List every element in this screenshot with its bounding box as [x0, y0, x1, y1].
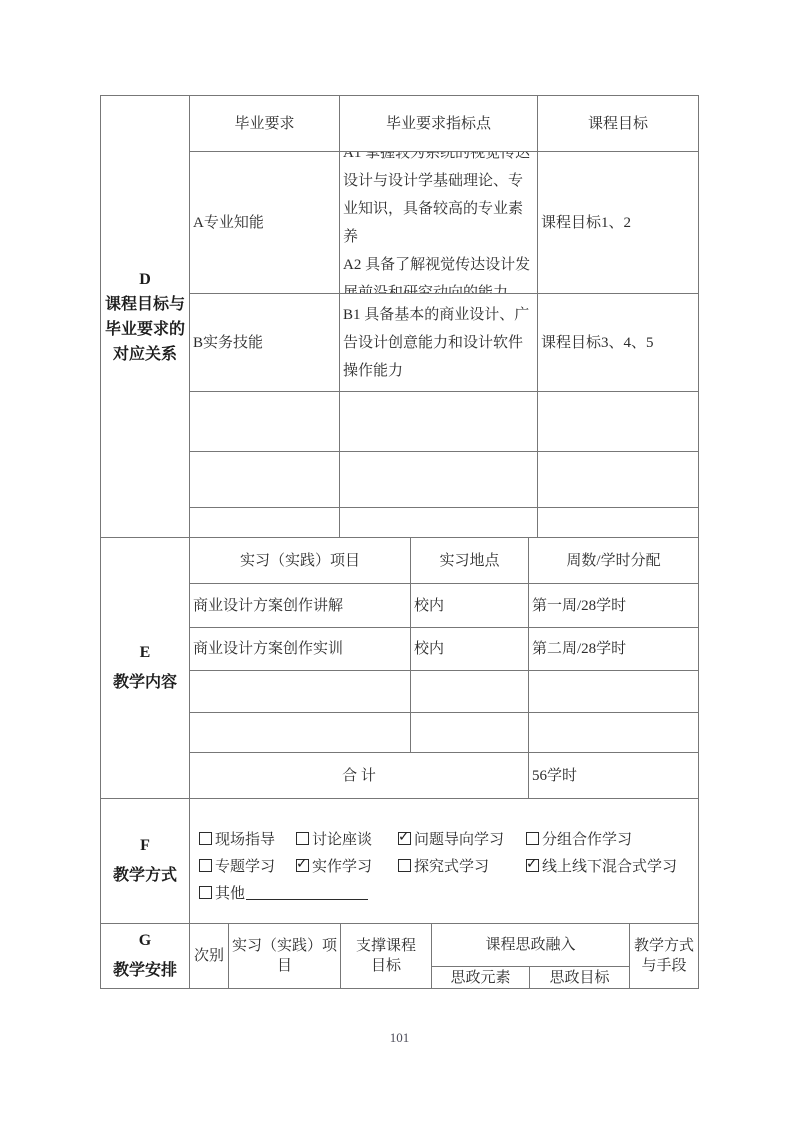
section-d-label-line: 毕业要求的 — [105, 317, 185, 342]
section-g-letter: G — [139, 926, 151, 956]
checkbox-icon — [398, 832, 411, 845]
section-g-label: G 教学安排 — [101, 924, 190, 988]
e-empty-cell — [411, 713, 528, 752]
e-header-location: 实习地点 — [411, 538, 528, 583]
g-header-support-line1: 支撑课程 — [356, 938, 416, 954]
d-empty-cell — [340, 508, 537, 537]
page-number: 101 — [0, 1030, 799, 1046]
e-empty-cell — [529, 713, 698, 752]
d-empty-cell — [538, 392, 698, 451]
e-row-project: 商业设计方案创作实训 — [190, 628, 410, 670]
e-total-value: 56学时 — [529, 753, 698, 798]
section-f-label-text: 教学方式 — [113, 861, 177, 891]
d-empty-cell — [190, 452, 339, 507]
e-header-project: 实习（实践）项目 — [190, 538, 410, 583]
checkbox-icon — [199, 832, 212, 845]
g-header-support-line2: 目标 — [371, 958, 401, 974]
d-header-requirement: 毕业要求 — [190, 96, 339, 151]
teaching-methods-cell: 现场指导 讨论座谈 问题导向学习 分组合作学习 专题学习 实作学习 探究式学习 … — [190, 799, 698, 923]
checkbox-icon — [296, 859, 309, 872]
document-page: D 课程目标与 毕业要求的 对应关系 毕业要求 毕业要求指标点 课程目标 A专业… — [0, 0, 799, 1131]
section-e-label: E 教学内容 — [101, 538, 190, 798]
other-blank-line — [246, 885, 368, 900]
g-header-project: 实习（实践）项目 — [229, 924, 340, 988]
e-row-project: 商业设计方案创作讲解 — [190, 584, 410, 627]
checkbox-icon — [296, 832, 309, 845]
syllabus-table: D 课程目标与 毕业要求的 对应关系 毕业要求 毕业要求指标点 课程目标 A专业… — [100, 95, 699, 989]
e-row-allocation: 第一周/28学时 — [529, 584, 698, 627]
d-row-indicators: A1 掌握较为系统的视觉传达设计与设计学基础理论、专业知识，具备较高的专业素养 … — [340, 152, 537, 293]
indicator-a2: A2 具备了解视觉传达设计发展前沿和研究动向的能力 — [343, 251, 535, 294]
section-f-label: F 教学方式 — [101, 799, 190, 923]
e-empty-cell — [190, 671, 410, 712]
section-d-letter: D — [139, 267, 151, 292]
d-row-requirement: A专业知能 — [190, 152, 339, 293]
d-empty-cell — [340, 452, 537, 507]
g-header-method: 教学方式 与手段 — [630, 924, 698, 988]
g-header-method-line1: 教学方式 — [634, 938, 694, 954]
checkbox-label: 现场指导 — [215, 828, 275, 849]
section-e-label-text: 教学内容 — [113, 668, 177, 698]
section-e-letter: E — [140, 638, 151, 668]
section-d-label-line: 课程目标与 — [105, 292, 185, 317]
section-g-label-text: 教学安排 — [113, 956, 177, 986]
g-header-ideology: 课程思政融入 — [432, 924, 629, 966]
d-row-indicators: B1 具备基本的商业设计、广告设计创意能力和设计软件操作能力 — [340, 294, 537, 391]
checkbox-icon — [199, 859, 212, 872]
d-empty-cell — [190, 392, 339, 451]
checkbox-label: 问题导向学习 — [414, 828, 504, 849]
e-empty-cell — [411, 671, 528, 712]
section-f-letter: F — [140, 831, 150, 861]
checkbox-icon — [526, 832, 539, 845]
section-d: D 课程目标与 毕业要求的 对应关系 毕业要求 毕业要求指标点 课程目标 A专业… — [101, 96, 698, 537]
e-row-allocation: 第二周/28学时 — [529, 628, 698, 670]
e-total-label: 合 计 — [190, 753, 528, 798]
d-row-requirement: B实务技能 — [190, 294, 339, 391]
e-empty-cell — [529, 671, 698, 712]
checkbox-label: 专题学习 — [215, 855, 275, 876]
d-row-objective: 课程目标3、4、5 — [538, 294, 698, 391]
e-row-location: 校内 — [411, 584, 528, 627]
d-header-objective: 课程目标 — [538, 96, 698, 151]
checkbox-label: 探究式学习 — [414, 855, 489, 876]
g-header-session: 次别 — [190, 924, 228, 988]
d-header-indicator: 毕业要求指标点 — [340, 96, 537, 151]
checkbox-label: 讨论座谈 — [312, 828, 372, 849]
d-empty-cell — [190, 508, 339, 537]
e-row-location: 校内 — [411, 628, 528, 670]
g-header-support: 支撑课程 目标 — [341, 924, 431, 988]
d-empty-cell — [538, 508, 698, 537]
section-f: F 教学方式 现场指导 讨论座谈 问题导向学习 分组合作学习 专题学习 实作学习… — [101, 798, 698, 923]
checkbox-icon — [526, 859, 539, 872]
checkbox-label: 分组合作学习 — [542, 828, 632, 849]
section-d-label: D 课程目标与 毕业要求的 对应关系 — [101, 96, 190, 537]
checkbox-label: 线上线下混合式学习 — [542, 855, 677, 876]
d-row-objective: 课程目标1、2 — [538, 152, 698, 293]
checkbox-label: 其他 — [215, 882, 245, 903]
g-header-ideology-goal: 思政目标 — [530, 967, 629, 988]
indicator-b1: B1 具备基本的商业设计、广告设计创意能力和设计软件操作能力 — [343, 301, 535, 385]
g-header-ideology-element: 思政元素 — [432, 967, 529, 988]
d-empty-cell — [340, 392, 537, 451]
g-header-method-line2: 与手段 — [641, 958, 686, 974]
section-d-label-line: 对应关系 — [113, 342, 177, 367]
indicator-a1: A1 掌握较为系统的视觉传达设计与设计学基础理论、专业知识，具备较高的专业素养 — [343, 152, 535, 251]
e-header-allocation: 周数/学时分配 — [529, 538, 698, 583]
checkbox-icon — [398, 859, 411, 872]
d-empty-cell — [538, 452, 698, 507]
checkbox-label: 实作学习 — [312, 855, 372, 876]
checkbox-icon — [199, 886, 212, 899]
e-empty-cell — [190, 713, 410, 752]
section-e: E 教学内容 实习（实践）项目 实习地点 周数/学时分配 商业设计方案创作讲解 … — [101, 537, 698, 798]
section-g: G 教学安排 次别 实习（实践）项目 支撑课程 目标 课程思政融入 教学方式 与… — [101, 923, 698, 988]
